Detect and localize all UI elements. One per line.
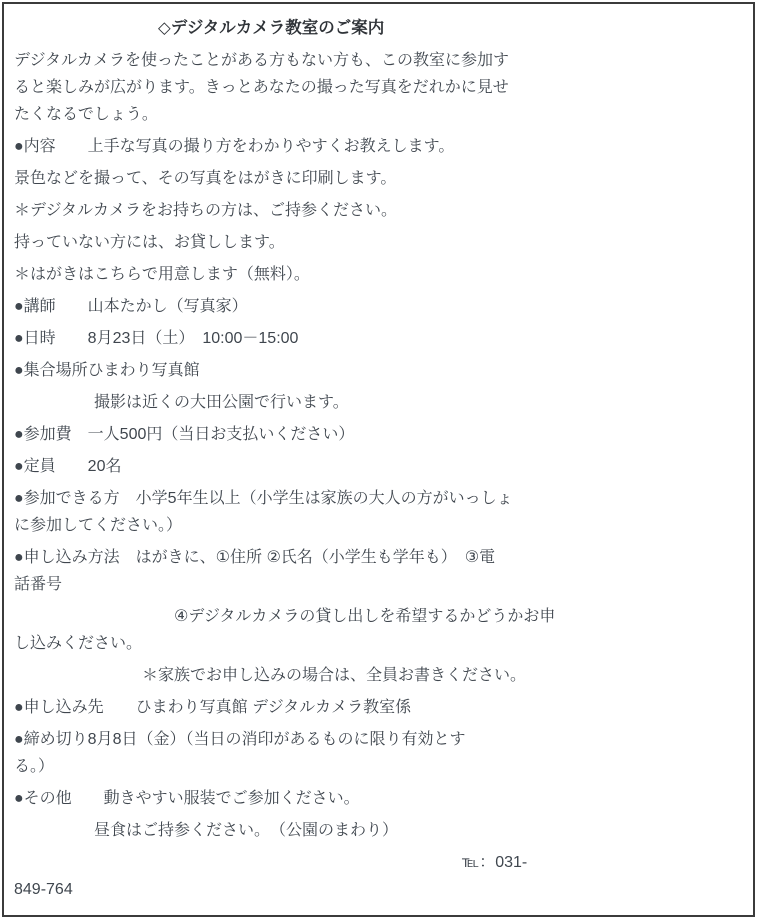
note-camera-bring: ＊デジタルカメラをお持ちの方は、ご持参ください。 xyxy=(14,197,743,224)
item-meeting-place: ●集合場所ひまわり写真館 xyxy=(14,357,743,384)
note-camera-lend: 持っていない方には、お貸しします。 xyxy=(14,229,743,256)
item-application-address: ●申し込み先 ひまわり写真館 デジタルカメラ教室係 xyxy=(14,694,743,721)
tel-line: ℡：031- 849-764 xyxy=(14,849,743,903)
content-detail-print: 景色などを撮って、その写真をはがきに印刷します。 xyxy=(14,165,743,192)
item-instructor: ●講師 山本たかし（写真家） xyxy=(14,293,743,320)
item-deadline: ●締め切り8月8日（金）（当日の消印があるものに限り有効とす る。） xyxy=(14,726,743,780)
application-method-continued: ④デジタルカメラの貸し出しを希望するかどうかお申 し込みください。 xyxy=(14,603,743,657)
document-body: デジタルカメラを使ったことがある方もない方も、この教室に参加す ると楽しみが広が… xyxy=(14,47,743,903)
item-application-method: ●申し込み方法 はがきに、①住所 ②氏名（小学生も学年も） ③電 話番号 xyxy=(14,544,743,598)
item-content: ●内容 上手な写真の撮り方をわかりやすくお教えします。 xyxy=(14,133,743,160)
item-fee: ●参加費 一人500円（当日お支払いください） xyxy=(14,421,743,448)
meeting-place-note: 撮影は近くの大田公園で行います。 xyxy=(14,389,743,416)
item-capacity: ●定員 20名 xyxy=(14,453,743,480)
document-title: ◇デジタルカメラ教室のご案内 xyxy=(14,15,743,42)
note-postcard-free: ＊はがきはこちらで用意します（無料）。 xyxy=(14,261,743,288)
note-family-application: ＊家族でお申し込みの場合は、全員お書きください。 xyxy=(14,662,743,689)
other-note-lunch: 昼食はご持参ください。 （公園のまわり） xyxy=(14,817,743,844)
announcement-box: ◇デジタルカメラ教室のご案内 デジタルカメラを使ったことがある方もない方も、この… xyxy=(2,2,755,917)
item-eligibility: ●参加できる方 小学5年生以上（小学生は家族の大人の方がいっしょ に参加してくだ… xyxy=(14,485,743,539)
item-other: ●その他 動きやすい服装でご参加ください。 xyxy=(14,785,743,812)
item-datetime: ●日時 8月23日（土） 10:00－15:00 xyxy=(14,325,743,352)
intro-paragraph: デジタルカメラを使ったことがある方もない方も、この教室に参加す ると楽しみが広が… xyxy=(14,47,743,128)
